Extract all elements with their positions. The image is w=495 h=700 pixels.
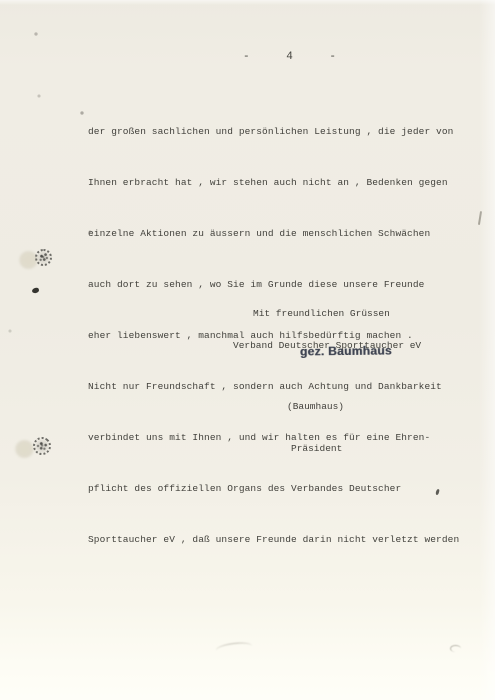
signature-block: (Baumhaus) Präsident [287, 372, 344, 484]
ink-blot-mark [35, 249, 52, 266]
body-line: Nicht nur Freundschaft , sondern auch Ac… [88, 378, 459, 395]
body-line: pflicht des offiziellen Organs des Verba… [88, 480, 459, 497]
body-line: der großen sachlichen und persönlichen L… [88, 123, 459, 140]
signature-title: Präsident [287, 442, 344, 456]
closing-block: Mit freundlichen Grüssen Verband Deutsch… [233, 288, 421, 372]
scanned-letter-page: - 4 - der großen sachlichen und persönli… [0, 0, 495, 700]
body-line: Sporttaucher eV , daß unsere Freunde dar… [88, 531, 459, 548]
faint-smudge-mark [216, 641, 253, 655]
ink-blot-mark [29, 433, 54, 458]
body-line: einzelne Aktionen zu äussern und die men… [88, 225, 459, 242]
hole-punch-ghost-mark [15, 440, 34, 458]
ink-dot-mark [31, 287, 39, 294]
signature-stamp: gez. Baumhaus [300, 344, 392, 359]
paper-specks [0, 0, 2, 2]
page-number: - 4 - [243, 51, 336, 63]
pencil-slash-mark [478, 211, 482, 225]
closing-salutation: Mit freundlichen Grüssen [233, 309, 421, 320]
signature-name: (Baumhaus) [287, 400, 344, 414]
body-line: verbindet uns mit Ihnen , und wir halten… [88, 429, 459, 446]
faint-smudge-mark [450, 645, 461, 652]
body-line: Ihnen erbracht hat , wir stehen auch nic… [88, 174, 459, 191]
